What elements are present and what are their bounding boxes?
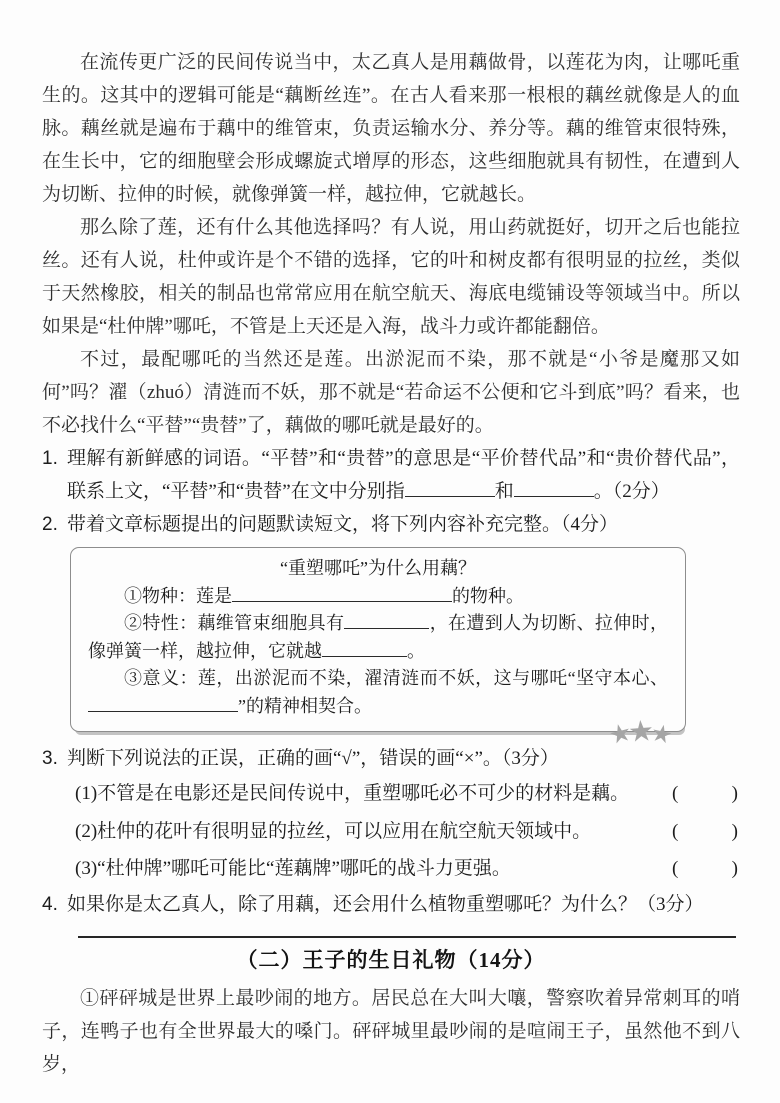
judgement-item-2: (2)杜仲的花叶有很明显的拉丝，可以应用在航空航天领域中。 (): [42, 813, 740, 851]
question-3-number: 3.: [42, 742, 58, 775]
paren-close: ): [732, 850, 738, 888]
question-1-score: 。（2分）: [594, 481, 670, 502]
answer-paren-3[interactable]: (): [672, 850, 738, 888]
star-icon: ★: [628, 716, 656, 747]
paren-open: (: [672, 813, 678, 851]
question-4-text: 如果你是太乙真人，除了用藕，还会用什么植物重塑哪吒？为什么？（3分）: [67, 894, 704, 915]
passage-paragraph-1: 在流传更广泛的民间传说当中，太乙真人是用藕做骨，以莲花为肉，让哪吒重生的。这其中…: [42, 46, 740, 211]
fill-in-box-title: “重塑哪吒”为什么用藕？: [88, 555, 668, 583]
question-3-text: 判断下列说法的正误，正确的画“√”，错误的画“×”。（3分）: [67, 748, 559, 769]
answer-paren-2[interactable]: (): [672, 813, 738, 851]
box-item2-pre: ②特性：藕维管束细胞具有: [124, 613, 344, 633]
box-item-trait: ②特性：藕维管束细胞具有，在遭到人为切断、拉伸时，像弹簧一样，越拉伸，它就越。: [88, 610, 668, 665]
box-item1-post: 的物种。: [452, 586, 524, 606]
box-item3-pre: ③意义：莲，出淤泥而不染，濯清涟而不妖，这与哪吒“坚守本心、: [124, 668, 668, 688]
fill-in-box: “重塑哪吒”为什么用藕？ ①物种：莲是的物种。 ②特性：藕维管束细胞具有，在遭到…: [70, 547, 686, 732]
passage-paragraph-3: 不过，最配哪吒的当然还是莲。出淤泥而不染，那不就是“小爷是魔那又如何”吗？濯（z…: [42, 343, 740, 442]
worksheet-page: 在流传更广泛的民间传说当中，太乙真人是用藕做骨，以莲花为肉，让哪吒重生的。这其中…: [0, 0, 780, 1103]
paren-open: (: [672, 850, 678, 888]
question-4-number: 4.: [42, 888, 58, 921]
section-two-title: （二）王子的生日礼物（14分）: [42, 944, 740, 974]
paren-close: ): [732, 813, 738, 851]
box-item3-post: ”的精神相契合。: [238, 696, 372, 716]
section-divider: [78, 936, 736, 938]
box-item-meaning: ③意义：莲，出淤泥而不染，濯清涟而不妖，这与哪吒“坚守本心、”的精神相契合。: [88, 665, 668, 720]
question-1-number: 1.: [42, 442, 58, 475]
answer-blank-trait-1[interactable]: [344, 616, 429, 629]
paren-close: ): [732, 775, 738, 813]
question-1-connector: 和: [495, 481, 514, 502]
passage-two-paragraph: ①砰砰城是世界上最吵闹的地方。居民总在大叫大嚷，警察吹着异常刺耳的哨子，连鸭子也…: [42, 982, 740, 1081]
judgement-item-1: (1)不管是在电影还是民间传说中，重塑哪吒必不可少的材料是藕。 (): [42, 775, 740, 813]
paren-open: (: [672, 775, 678, 813]
box-item-species: ①物种：莲是的物种。: [88, 583, 668, 611]
answer-blank-q1-2[interactable]: [514, 482, 594, 497]
judgement-item-2-text: (2)杜仲的花叶有很明显的拉丝，可以应用在航空航天领域中。: [75, 813, 591, 851]
question-2-text: 带着文章标题提出的问题默读短文，将下列内容补充完整。（4分）: [67, 514, 618, 535]
box-item2-post: 。: [407, 641, 425, 661]
answer-blank-trait-2[interactable]: [322, 644, 407, 657]
passage-one: 在流传更广泛的民间传说当中，太乙真人是用藕做骨，以莲花为肉，让哪吒重生的。这其中…: [42, 46, 740, 442]
question-4: 4.如果你是太乙真人，除了用藕，还会用什么植物重塑哪吒？为什么？（3分）: [42, 888, 740, 921]
question-2: 2.带着文章标题提出的问题默读短文，将下列内容补充完整。（4分）: [42, 508, 740, 541]
question-2-number: 2.: [42, 508, 58, 541]
judgement-item-3: (3)“杜仲牌”哪吒可能比“莲藕牌”哪吒的战斗力更强。 (): [42, 850, 740, 888]
answer-blank-q1-1[interactable]: [405, 482, 495, 497]
judgement-item-3-text: (3)“杜仲牌”哪吒可能比“莲藕牌”哪吒的战斗力更强。: [75, 850, 511, 888]
judgement-item-1-text: (1)不管是在电影还是民间传说中，重塑哪吒必不可少的材料是藕。: [75, 775, 629, 813]
answer-blank-meaning[interactable]: [88, 699, 238, 712]
box-item1-pre: ①物种：莲是: [124, 586, 232, 606]
question-1: 1.理解有新鲜感的词语。“平替”和“贵替”的意思是“平价替代品”和“贵价替代品”…: [42, 442, 740, 508]
answer-blank-species[interactable]: [232, 589, 452, 602]
passage-paragraph-2: 那么除了莲，还有什么其他选择吗？有人说，用山药就挺好，切开之后也能拉丝。还有人说…: [42, 211, 740, 343]
answer-paren-1[interactable]: (): [672, 775, 738, 813]
passage-two: ①砰砰城是世界上最吵闹的地方。居民总在大叫大嚷，警察吹着异常刺耳的哨子，连鸭子也…: [42, 982, 740, 1081]
